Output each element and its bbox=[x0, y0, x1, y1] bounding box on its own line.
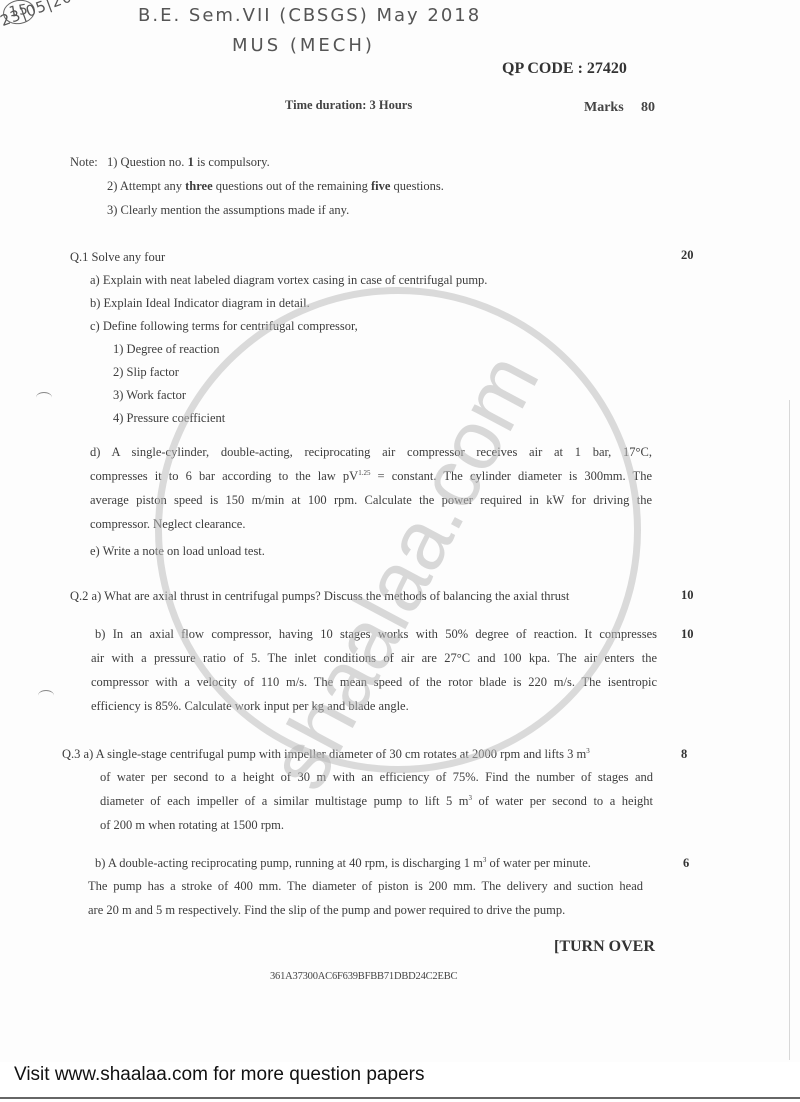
q3-part-b-line-1: b) A double-acting reciprocating pump, r… bbox=[95, 856, 591, 871]
turn-over-label: [TURN OVER bbox=[554, 938, 655, 956]
q1-part-e: e) Write a note on load unload test. bbox=[90, 544, 265, 559]
handwritten-subject-line: MUS (MECH) bbox=[232, 35, 375, 56]
note-label: Note: bbox=[70, 155, 98, 170]
q3-b-marks: 6 bbox=[683, 856, 689, 871]
footer-link-text[interactable]: Visit www.shaalaa.com for more question … bbox=[14, 1064, 424, 1086]
note-item-1: 1) Question no. 1 is compulsory. bbox=[107, 155, 270, 170]
q2-a-marks: 10 bbox=[681, 588, 694, 603]
q3-a-marks: 8 bbox=[681, 747, 687, 762]
q2-part-a: Q.2 a) What are axial thrust in centrifu… bbox=[70, 589, 569, 604]
note-item-2: 2) Attempt any three questions out of th… bbox=[107, 179, 444, 194]
q1-term-2: 2) Slip factor bbox=[113, 365, 179, 380]
q1-term-1: 1) Degree of reaction bbox=[113, 342, 220, 357]
q2-b-marks: 10 bbox=[681, 627, 694, 642]
footer-rule bbox=[0, 1097, 800, 1099]
watermark-text: shaalaa.com bbox=[249, 353, 551, 805]
q1-part-c: c) Define following terms for centrifuga… bbox=[90, 319, 358, 334]
marks-label: Marks bbox=[584, 100, 624, 116]
q1-part-d: d) A single-cylinder, double-acting, rec… bbox=[90, 440, 652, 536]
q3-part-a-line-1: Q.3 a) A single-stage centrifugal pump w… bbox=[62, 747, 590, 762]
q1-part-b: b) Explain Ideal Indicator diagram in de… bbox=[90, 296, 310, 311]
punch-hole-mark-bottom bbox=[38, 690, 54, 701]
time-duration: Time duration: 3 Hours bbox=[285, 98, 412, 113]
q1-part-a: a) Explain with neat labeled diagram vor… bbox=[90, 273, 487, 288]
question-paper-page: 15 23|05|2018 B.E. Sem.VII (CBSGS) May 2… bbox=[0, 0, 800, 1102]
q1-term-3: 3) Work factor bbox=[113, 388, 186, 403]
q1-title: Q.1 Solve any four bbox=[70, 250, 165, 265]
marks-value: 80 bbox=[641, 100, 655, 116]
scan-edge-line bbox=[789, 400, 790, 1060]
handwritten-exam-line: B.E. Sem.VII (CBSGS) May 2018 bbox=[138, 5, 481, 26]
note-item-3: 3) Clearly mention the assumptions made … bbox=[107, 203, 349, 218]
q2-part-b: b) In an axial flow compressor, having 1… bbox=[91, 622, 657, 718]
q1-term-4: 4) Pressure coefficient bbox=[113, 411, 225, 426]
paper-hash-code: 361A37300AC6F639BFBB71DBD24C2EBC bbox=[270, 971, 457, 982]
punch-hole-mark-top bbox=[36, 392, 52, 403]
q3-part-b-rest: The pump has a stroke of 400 mm. The dia… bbox=[88, 874, 643, 922]
q1-marks: 20 bbox=[681, 248, 694, 263]
qp-code: QP CODE : 27420 bbox=[502, 60, 627, 78]
q3-part-a-rest: of water per second to a height of 30 m … bbox=[100, 765, 653, 837]
